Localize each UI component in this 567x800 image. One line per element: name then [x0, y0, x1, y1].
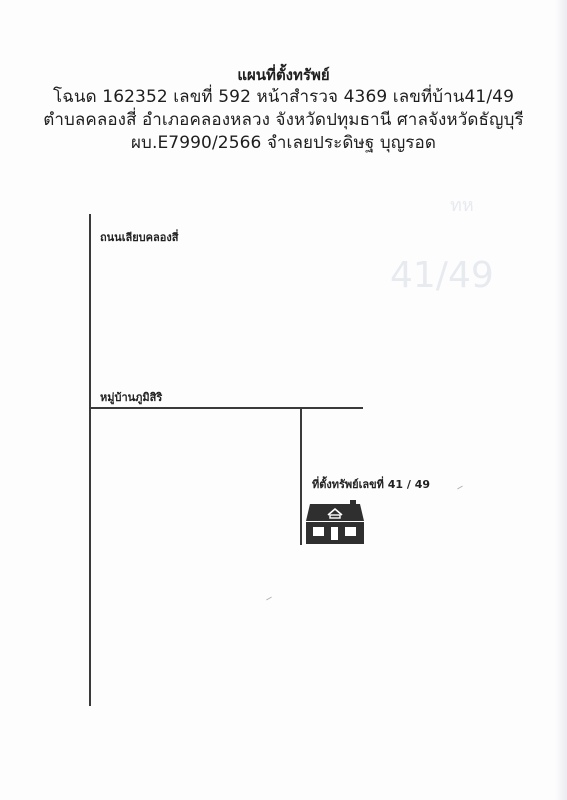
- property-label: ที่ตั้งทรัพย์เลขที่ 41 / 49: [312, 475, 430, 493]
- road-label: ถนนเลียบคลองสี่: [100, 228, 178, 246]
- property-lane-line: [300, 407, 302, 545]
- document-header: แผนที่ตั้งทรัพย์ โฉนด 162352 เลขที่ 592 …: [0, 64, 567, 155]
- location-info-line: ตำบลคลองสี่ อำเภอคลองหลวง จังหวัดปทุมธาน…: [0, 109, 567, 132]
- scan-mark: [266, 597, 272, 601]
- village-label: หมู่บ้านภูมิสิริ: [100, 388, 162, 406]
- house-icon: [306, 500, 364, 544]
- document-title: แผนที่ตั้งทรัพย์: [0, 64, 567, 86]
- document-page: ทห 41/49 แผนที่ตั้งทรัพย์ โฉนด 162352 เล…: [0, 0, 567, 800]
- case-info-line: ผบ.E7990/2566 จำเลยประดิษฐ บุญรอด: [0, 132, 567, 155]
- scan-mark: [457, 486, 463, 490]
- village-road-line: [89, 407, 363, 409]
- deed-info-line: โฉนด 162352 เลขที่ 592 หน้าสำรวจ 4369 เล…: [0, 86, 567, 109]
- main-road-line: [89, 214, 91, 706]
- faint-handwriting-top: ทห: [450, 190, 474, 219]
- faint-handwriting-number: 41/49: [390, 255, 494, 296]
